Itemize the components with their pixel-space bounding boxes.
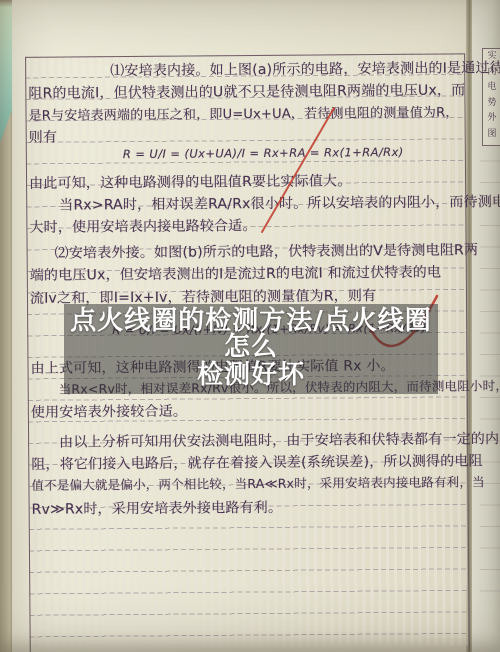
handwriting-line: 由以上分析可知用伏安法测电阻时，由于安培表和伏特表都有一定的内 <box>59 428 499 451</box>
handwriting-line: 使用安培表外接较合适。 <box>31 401 187 422</box>
handwriting-line: 则有 <box>29 127 58 147</box>
handwriting-formula-internal-connection: R = U/I = (Ux+UA)/I = Rx+RA = Rx(1+RA/Rx… <box>123 145 404 161</box>
handwriting-line: 阻R的电流I，但伏特表测出的U就不只是待测电阻R两端的电压Ux，而 <box>28 79 465 102</box>
handwriting-line: 由此可知，这种电路测得的电阻值R要比实际值大。 <box>29 170 351 193</box>
handwriting-line: 大时，使用安培表内接电路较合适。 <box>29 215 256 237</box>
caption-title-line2: 检测好坏 <box>197 362 305 388</box>
caption-overlay: 点火线圈的检测方法/点火线圈怎么 检测好坏 <box>64 304 438 394</box>
adjacent-page: 实 内 电 势 外 图 <box>472 0 500 652</box>
handwriting-line: 端的电压Ux，但安培表测出的I是流过R的电流I 和流过伏特表的电 <box>30 262 442 285</box>
table-char: 势 <box>483 96 500 112</box>
table-char: 电 <box>483 80 500 96</box>
table-char: 外 <box>483 111 500 127</box>
caption-title-line1: 点火线圈的检测方法/点火线圈怎么 <box>70 308 432 360</box>
handwriting-line: Rv≫Rx时，采用安培表外接电路有利。 <box>32 497 283 519</box>
handwriting-line: 当Rx>RA时，相对误差RA/Rx很小时。所以安培表的内阻小，而待测电阻 <box>59 191 500 215</box>
handwriting-line: 是R与安培表两端的电压之和，即U=Ux+UA，若待测电阻的测量值为R， <box>28 101 458 123</box>
handwriting-line: ⑴安培表内接。如上图(a)所示的电路，安培表测出的I是通过待测电 <box>110 57 500 80</box>
photo-of-notebook-page: 实 内 电 势 外 图 ⑴安培表内接。如上图(a)所示的电路，安培表测出的I是通… <box>0 0 500 652</box>
table-char: 图 <box>483 127 500 143</box>
handwriting-line: ⑵安培表外接。如图(b)所示的电路，伏特表测出的V是待测电阻R两 <box>55 239 479 262</box>
handwriting-line: 值不是偏大就是偏小，两个相比较，当RA≪Rx时，采用安培表内接电路有利，当 <box>31 472 484 494</box>
handwriting-line: 阻，将它们接入电路后，就存在着接入误差(系统误差)，所以测得的电阻 <box>31 450 483 474</box>
